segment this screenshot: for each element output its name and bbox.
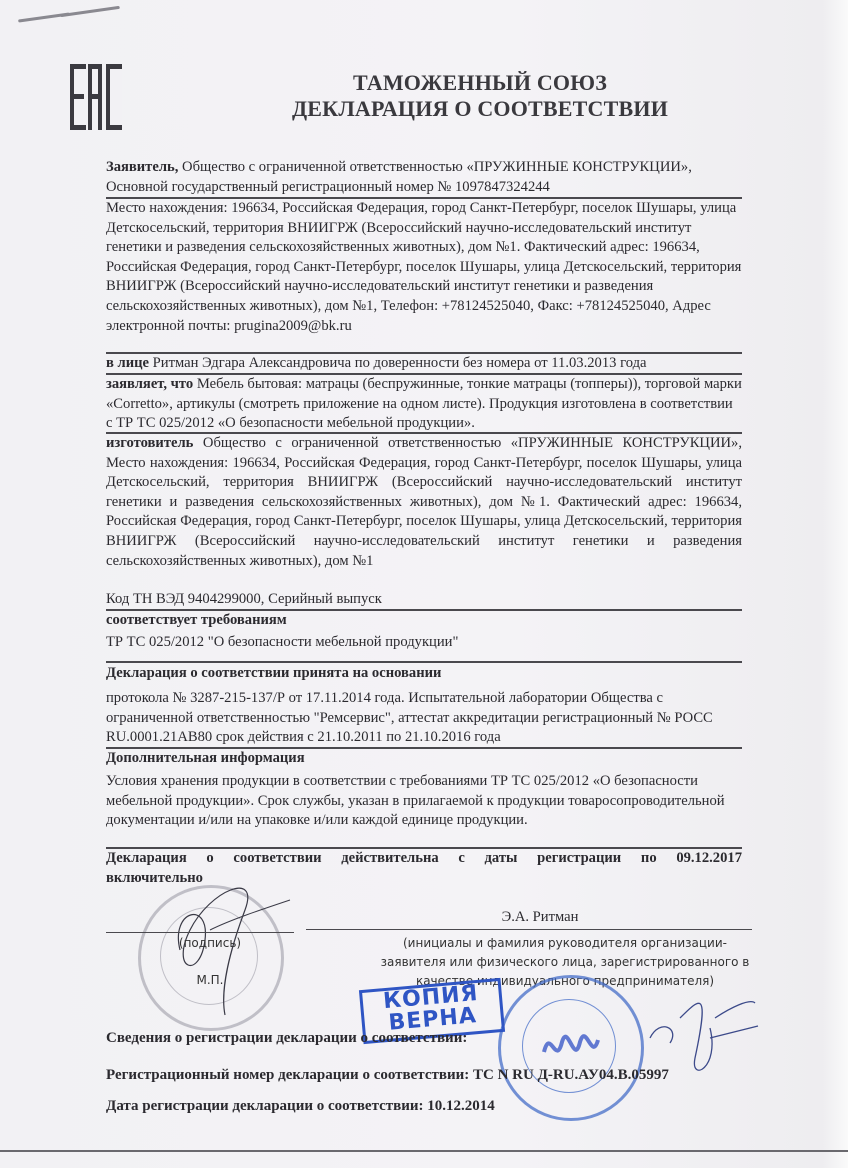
applicant-label: Заявитель,: [106, 159, 178, 175]
declares-section: заявляет, что Мебель бытовая: матрацы (б…: [106, 375, 742, 434]
applicant-address: Место нахождения: 196634, Российская Фед…: [106, 199, 742, 336]
seal-caption: М.П.: [160, 973, 260, 987]
applicant-text: Общество с ограниченной ответственностью…: [106, 159, 692, 195]
scan-mark: [60, 6, 120, 17]
seal-wave-icon: [540, 1022, 600, 1070]
basis-text: протокола № 3287-215-137/Р от 17.11.2014…: [106, 689, 742, 748]
registration-heading: Сведения о регистрации декларации о соот…: [106, 1030, 467, 1047]
declaration-page: ТАМОЖЕННЫЙ СОЮЗ ДЕКЛАРАЦИЯ О СООТВЕТСТВИ…: [0, 0, 848, 1168]
conforms-text: ТР ТС 025/2012 "О безопасности мебельной…: [106, 633, 742, 653]
conforms-section: соответствует требованиям: [106, 611, 742, 631]
manufacturer-label: изготовитель: [106, 435, 193, 451]
manufacturer-section: изготовитель Общество с ограниченной отв…: [106, 434, 742, 571]
title-line-2: ДЕКЛАРАЦИЯ О СООТВЕТСТВИИ: [270, 96, 690, 122]
represented-by-text: Ритман Эдгара Александровича по доверенн…: [149, 355, 646, 371]
additional-label: Дополнительная информация: [106, 750, 305, 766]
basis-section: Декларация о соответствии принята на осн…: [106, 664, 742, 684]
conforms-label: соответствует требованиям: [106, 612, 287, 628]
scan-mark: [18, 12, 70, 22]
divider: [106, 661, 742, 663]
signature-line: [106, 932, 294, 933]
additional-text: Условия хранения продукции в соответстви…: [106, 772, 742, 831]
represented-by-label: в лице: [106, 355, 149, 371]
registration-date: Дата регистрации декларации о соответств…: [106, 1098, 495, 1115]
signer-name: Э.А. Ритман: [390, 908, 690, 928]
represented-by-section: в лице Ритман Эдгара Александровича по д…: [106, 354, 742, 374]
signer-name-line: [306, 929, 752, 930]
additional-section: Дополнительная информация: [106, 749, 742, 769]
basis-label: Декларация о соответствии принята на осн…: [106, 665, 441, 681]
title-line-1: ТАМОЖЕННЫЙ СОЮЗ: [270, 70, 690, 96]
declares-label: заявляет, что: [106, 376, 193, 392]
registration-number: Регистрационный номер декларации о соотв…: [106, 1067, 669, 1084]
product-code: Код ТН ВЭД 9404299000, Серийный выпуск: [106, 590, 742, 610]
eac-logo-icon: [70, 64, 122, 130]
signature-caption: (подпись): [160, 936, 260, 950]
applicant-section: Заявитель, Общество с ограниченной ответ…: [106, 158, 742, 197]
manufacturer-text: Общество с ограниченной ответственностью…: [106, 435, 742, 569]
page-bottom-edge: [0, 1150, 848, 1152]
declares-text: Мебель бытовая: матрацы (беспружинные, т…: [106, 376, 742, 431]
